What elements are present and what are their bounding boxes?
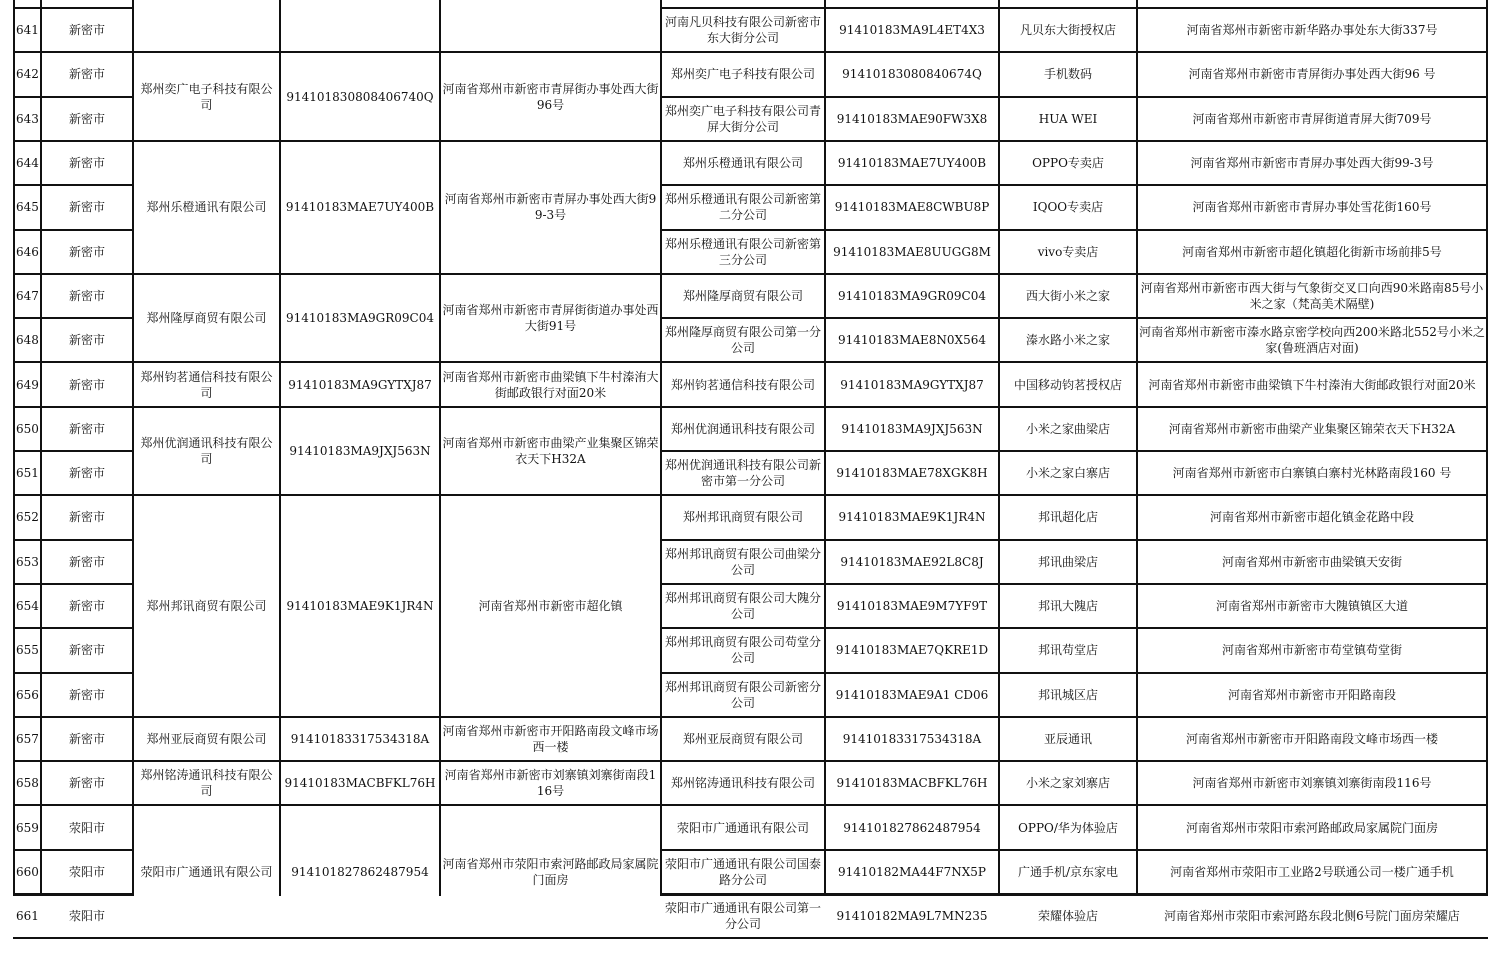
company-credit-code-cell: 91410183MAE9K1JR4N	[280, 495, 440, 717]
company-address-cell: 河南省郑州市新密市开阳路南段文峰市场西一楼	[440, 717, 661, 761]
store-credit-code-cell: 91410183MAE9A1 CD06	[825, 673, 999, 717]
company-credit-code-cell: 914101827862487954	[280, 805, 440, 938]
store-name-cell: 邦讯超化店	[999, 495, 1137, 539]
row-number: 651	[14, 451, 41, 495]
store-name-cell-text: 邦讯大隗店	[1038, 598, 1098, 614]
store-address-cell-text: 河南省郑州市新密市苟堂镇苟堂街	[1222, 642, 1402, 658]
company-credit-code-cell: 91410183MA9JXJ563N	[280, 407, 440, 496]
city-cell-text: 新密市	[69, 775, 105, 791]
store-name-cell: HUA WEI	[999, 97, 1137, 141]
store-name-cell: 邦讯曲梁店	[999, 540, 1137, 584]
row-number-text: 656	[16, 687, 39, 703]
company-credit-code-cell-text: 91410183317534318A	[291, 731, 429, 747]
store-address-cell: 河南省郑州市新密市开阳路南段	[1137, 673, 1487, 717]
row-number: 646	[14, 230, 41, 274]
row-number: 649	[14, 362, 41, 406]
store-credit-code-cell: 91410183MAE90FW3X8	[825, 97, 999, 141]
city-cell: 新密市	[41, 141, 133, 185]
company-name-cell: 郑州隆厚商贸有限公司	[133, 274, 280, 363]
store-credit-code-cell-text: 91410183MA9GR09C04	[838, 288, 986, 304]
company-credit-code-cell-text: 91410183MACBFKL76H	[284, 775, 435, 791]
store-name-cell-text: 广通手机/京东家电	[1018, 864, 1118, 880]
store-credit-code-cell-text: 914101827862487954	[843, 820, 980, 836]
store-entity-cell: 郑州隆厚商贸有限公司	[661, 274, 825, 318]
company-name-cell-text: 郑州奕广电子科技有限公司	[135, 81, 278, 113]
company-credit-code-cell-text: 91410183MAE9K1JR4N	[286, 598, 433, 614]
store-address-cell: 河南省郑州市新密市新华路办事处东大街337号	[1137, 8, 1487, 52]
store-name-cell: 溱水路小米之家	[999, 318, 1137, 362]
city-cell: 荥阳市	[41, 894, 133, 938]
company-address-cell: 河南省郑州市荥阳市索河路邮政局家属院门面房	[440, 805, 661, 938]
row-number-text: 643	[16, 111, 39, 127]
store-address-cell-text: 河南省郑州市新密市白寨镇白寨村光林路南段160 号	[1173, 465, 1452, 481]
store-name-cell: 小米之家曲梁店	[999, 407, 1137, 451]
store-name-cell-text: 中国移动钧茗授权店	[1014, 377, 1122, 393]
company-address-cell: 河南省郑州市新密市曲梁产业集聚区锦荣衣天下H32A	[440, 407, 661, 496]
company-name-cell: 郑州铭涛通讯科技有限公司	[133, 761, 280, 805]
row-number-text: 657	[16, 731, 39, 747]
store-address-cell: 河南省郑州市荥阳市索河路邮政局家属院门面房	[1137, 805, 1487, 849]
store-address-cell-text: 河南省郑州市新密市大隗镇镇区大道	[1216, 598, 1408, 614]
city-cell: 新密市	[41, 52, 133, 96]
city-cell: 新密市	[41, 451, 133, 495]
city-cell: 新密市	[41, 362, 133, 406]
city-cell-text: 新密市	[69, 155, 105, 171]
company-address-cell-text: 河南省郑州市新密市曲梁镇下牛村溱洧大街邮政银行对面20米	[442, 369, 659, 401]
store-credit-code-cell: 91410183MA9JXJ563N	[825, 407, 999, 451]
store-address-cell: 河南省郑州市新密市刘寨镇刘寨街南段116号	[1137, 761, 1487, 805]
company-credit-code-cell: 914101830808406740Q	[280, 52, 440, 141]
store-credit-code-cell: 91410183MACBFKL76H	[825, 761, 999, 805]
store-credit-code-cell-text: 91410183MAE8UUGG8M	[833, 244, 991, 260]
store-entity-cell-text: 荥阳市广通通讯有限公司第一分公司	[663, 900, 823, 932]
row-number-text: 644	[16, 155, 39, 171]
store-name-cell: 广通手机/京东家电	[999, 850, 1137, 894]
company-name-cell-text: 荥阳市广通通讯有限公司	[140, 864, 272, 880]
grid-line	[279, 0, 281, 896]
store-address-cell: 河南省郑州市新密市青屏街道青屏大街709号	[1137, 97, 1487, 141]
store-address-cell: 河南省郑州市新密市超化镇超化街新市场前排5号	[1137, 230, 1487, 274]
store-address-cell: 河南省郑州市新密市青屏街办事处西大街96 号	[1137, 52, 1487, 96]
company-name-cell-text: 郑州铭涛通讯科技有限公司	[135, 767, 278, 799]
store-entity-cell: 郑州奕广电子科技有限公司	[661, 52, 825, 96]
store-entity-cell-text: 郑州邦讯商贸有限公司苟堂分公司	[663, 634, 823, 666]
city-cell-text: 新密市	[69, 199, 105, 215]
store-entity-cell-text: 郑州钧茗通信科技有限公司	[671, 377, 815, 393]
row-number-text: 659	[16, 820, 39, 836]
store-entity-cell: 荥阳市广通通讯有限公司国泰路分公司	[661, 850, 825, 894]
row-number: 643	[14, 97, 41, 141]
store-credit-code-cell: 91410183317534318A	[825, 717, 999, 761]
grid-line	[660, 0, 662, 896]
store-entity-cell: 郑州邦讯商贸有限公司	[661, 495, 825, 539]
store-entity-cell: 郑州钧茗通信科技有限公司	[661, 362, 825, 406]
company-address-cell-text: 河南省郑州市新密市曲梁产业集聚区锦荣衣天下H32A	[442, 435, 659, 467]
city-cell-text: 新密市	[69, 687, 105, 703]
grid-line	[1136, 0, 1138, 896]
store-credit-code-cell: 91410182MA44F7NX5P	[825, 850, 999, 894]
city-cell-text: 荥阳市	[69, 864, 105, 880]
store-address-cell: 河南省郑州市荥阳市索河路东段北侧6号院门面房荣耀店	[1137, 894, 1487, 938]
store-credit-code-cell: 91410183MAE78XGK8H	[825, 451, 999, 495]
store-entity-cell-text: 郑州乐橙通讯有限公司新密第三分公司	[663, 236, 823, 268]
city-cell-text: 新密市	[69, 288, 105, 304]
store-credit-code-cell: 91410183MA9L4ET4X3	[825, 8, 999, 52]
store-name-cell-text: 荣耀体验店	[1038, 908, 1098, 924]
row-number-text: 652	[16, 509, 39, 525]
row-number-text: 651	[16, 465, 39, 481]
company-address-cell: 河南省郑州市新密市超化镇	[440, 495, 661, 717]
company-name-cell: 郑州亚辰商贸有限公司	[133, 717, 280, 761]
store-credit-code-cell: 91410183MA9GYTXJ87	[825, 362, 999, 406]
store-address-cell: 河南省郑州市新密市青屏办事处西大街99-3号	[1137, 141, 1487, 185]
store-credit-code-cell: 91410182MA9L7MN235	[825, 894, 999, 938]
city-cell: 新密市	[41, 230, 133, 274]
store-address-cell-text: 河南省郑州市新密市新华路办事处东大街337号	[1187, 22, 1438, 38]
store-name-cell-text: 小米之家白寨店	[1026, 465, 1110, 481]
store-credit-code-cell: 91410183MAE9K1JR4N	[825, 495, 999, 539]
company-address-cell: 河南省郑州市新密市青屏办事处西大街99-3号	[440, 141, 661, 274]
row-number-text: 661	[16, 908, 39, 924]
store-entity-cell-text: 河南凡贝科技有限公司新密市东大街分公司	[663, 14, 823, 46]
company-name-cell: 荥阳市广通通讯有限公司	[133, 805, 280, 938]
store-address-cell: 河南省郑州市新密市西大街与气象街交叉口向西90米路南85号小米之家（梵高美术隔壁…	[1137, 274, 1487, 318]
store-name-cell-text: 凡贝东大街授权店	[1020, 22, 1116, 38]
city-cell: 新密市	[41, 761, 133, 805]
store-entity-cell-text: 郑州铭涛通讯科技有限公司	[671, 775, 815, 791]
city-cell: 新密市	[41, 97, 133, 141]
store-entity-cell-text: 郑州奕广电子科技有限公司	[671, 66, 815, 82]
grid-line	[132, 51, 662, 53]
row-number-text: 647	[16, 288, 39, 304]
store-credit-code-cell: 91410183MA9GR09C04	[825, 274, 999, 318]
store-entity-cell-text: 郑州隆厚商贸有限公司	[683, 288, 803, 304]
store-address-cell-text: 河南省郑州市新密市西大街与气象街交叉口向西90米路南85号小米之家（梵高美术隔壁…	[1139, 280, 1485, 312]
store-address-cell: 河南省郑州市新密市大隗镇镇区大道	[1137, 584, 1487, 628]
grid-line	[660, 937, 1488, 939]
store-name-cell: 邦讯大隗店	[999, 584, 1137, 628]
grid-line	[132, 273, 662, 275]
grid-line	[1486, 0, 1488, 896]
city-cell: 新密市	[41, 584, 133, 628]
store-address-cell: 河南省郑州市新密市青屏办事处雪花街160号	[1137, 185, 1487, 229]
store-credit-code-cell-text: 91410182MA44F7NX5P	[838, 864, 986, 880]
row-number-text: 653	[16, 554, 39, 570]
store-credit-code-cell-text: 91410183MAE92L8C8J	[840, 554, 983, 570]
row-number: 654	[14, 584, 41, 628]
store-credit-code-cell-text: 91410183080840674Q	[842, 66, 982, 82]
city-cell: 荥阳市	[41, 805, 133, 849]
row-number: 645	[14, 185, 41, 229]
store-entity-cell: 荥阳市广通通讯有限公司第一分公司	[661, 894, 825, 938]
store-name-cell: vivo专卖店	[999, 230, 1137, 274]
store-name-cell-text: 亚辰通讯	[1044, 731, 1092, 747]
store-entity-cell-text: 郑州隆厚商贸有限公司第一分公司	[663, 324, 823, 356]
company-credit-code-cell: 91410183317534318A	[280, 717, 440, 761]
company-address-cell: 河南省郑州市新密市青屏街办事处西大街96号	[440, 52, 661, 141]
company-address-cell-text: 河南省郑州市新密市青屏办事处西大街99-3号	[442, 191, 659, 223]
store-entity-cell: 河南凡贝科技有限公司新密市东大街分公司	[661, 8, 825, 52]
row-number: 650	[14, 407, 41, 451]
city-cell: 新密市	[41, 628, 133, 672]
store-name-cell-text: 邦讯城区店	[1038, 687, 1098, 703]
grid-line	[998, 0, 1000, 896]
store-name-cell-text: IQOO专卖店	[1033, 199, 1103, 215]
store-address-cell-text: 河南省郑州市新密市溱水路京密学校向西200米路北552号小米之家(鲁班酒店对面)	[1139, 324, 1485, 356]
grid-line	[132, 760, 662, 762]
store-entity-cell: 郑州隆厚商贸有限公司第一分公司	[661, 318, 825, 362]
row-number: 653	[14, 540, 41, 584]
store-address-cell-text: 河南省郑州市新密市超化镇超化街新市场前排5号	[1182, 244, 1442, 260]
company-name-cell-text: 郑州钧茗通信科技有限公司	[135, 369, 278, 401]
store-name-cell-text: 邦讯曲梁店	[1038, 554, 1098, 570]
store-address-cell: 河南省郑州市新密市开阳路南段文峰市场西一楼	[1137, 717, 1487, 761]
store-name-cell: 荣耀体验店	[999, 894, 1137, 938]
store-credit-code-cell-text: 91410183MA9L4ET4X3	[839, 22, 985, 38]
store-entity-cell-text: 郑州奕广电子科技有限公司青屏大街分公司	[663, 103, 823, 135]
store-credit-code-cell: 91410183MAE8N0X564	[825, 318, 999, 362]
grid-line	[132, 494, 662, 496]
store-credit-code-cell-text: 91410182MA9L7MN235	[837, 908, 988, 924]
store-name-cell-text: 小米之家曲梁店	[1026, 421, 1110, 437]
store-name-cell-text: 溱水路小米之家	[1026, 332, 1110, 348]
store-entity-cell-text: 郑州邦讯商贸有限公司大隗分公司	[663, 590, 823, 622]
store-entity-cell: 郑州邦讯商贸有限公司苟堂分公司	[661, 628, 825, 672]
city-cell: 新密市	[41, 717, 133, 761]
store-name-cell-text: vivo专卖店	[1038, 244, 1099, 260]
city-cell-text: 新密市	[69, 421, 105, 437]
store-entity-cell: 郑州乐橙通讯有限公司新密第三分公司	[661, 230, 825, 274]
city-cell-text: 新密市	[69, 332, 105, 348]
store-entity-cell-text: 郑州乐橙通讯有限公司新密第二分公司	[663, 191, 823, 223]
store-name-cell-text: HUA WEI	[1039, 111, 1098, 127]
store-address-cell-text: 河南省郑州市荥阳市工业路2号联通公司一楼广通手机	[1170, 864, 1454, 880]
store-address-cell: 河南省郑州市新密市曲梁产业集聚区锦荣衣天下H32A	[1137, 407, 1487, 451]
store-entity-cell-text: 郑州邦讯商贸有限公司	[683, 509, 803, 525]
city-cell-text: 新密市	[69, 509, 105, 525]
company-name-cell-text: 郑州优润通讯科技有限公司	[135, 435, 278, 467]
store-address-cell-text: 河南省郑州市新密市超化镇金花路中段	[1210, 509, 1414, 525]
city-cell-text: 新密市	[69, 244, 105, 260]
store-credit-code-cell: 91410183MAE7QKRE1D	[825, 628, 999, 672]
store-address-cell: 河南省郑州市新密市曲梁镇天安街	[1137, 540, 1487, 584]
store-address-cell-text: 河南省郑州市新密市刘寨镇刘寨街南段116号	[1193, 775, 1432, 791]
grid-line	[132, 140, 662, 142]
company-name-cell-text: 郑州亚辰商贸有限公司	[146, 731, 266, 747]
store-name-cell-text: 邦讯超化店	[1038, 509, 1098, 525]
store-name-cell-text: OPPO专卖店	[1032, 155, 1104, 171]
store-name-cell: 手机数码	[999, 52, 1137, 96]
store-credit-code-cell-text: 91410183MAE9K1JR4N	[838, 509, 985, 525]
store-credit-code-cell-text: 91410183MAE9A1 CD06	[836, 687, 989, 703]
store-credit-code-cell-text: 91410183MAE7QKRE1D	[836, 642, 988, 658]
store-credit-code-cell-text: 91410183MAE9M7YF9T	[837, 598, 987, 614]
company-address-cell: 河南省郑州市新密市刘寨镇刘寨街南段116号	[440, 761, 661, 805]
store-name-cell: 小米之家刘寨店	[999, 761, 1137, 805]
city-cell-text: 荥阳市	[69, 820, 105, 836]
company-address-cell-text: 河南省郑州市新密市开阳路南段文峰市场西一楼	[442, 723, 659, 755]
store-credit-code-cell: 91410183080840674Q	[825, 52, 999, 96]
row-number: 641	[14, 8, 41, 52]
store-credit-code-cell-text: 91410183MAE78XGK8H	[836, 465, 987, 481]
grid-line	[132, 716, 662, 718]
row-number: 648	[14, 318, 41, 362]
store-address-cell-text: 河南省郑州市新密市青屏办事处雪花街160号	[1193, 199, 1432, 215]
store-entity-cell-text: 郑州优润通讯科技有限公司新密市第一分公司	[663, 457, 823, 489]
spreadsheet-table: 641新密市河南凡贝科技有限公司新密市东大街分公司91410183MA9L4ET…	[0, 0, 1506, 960]
store-address-cell: 河南省郑州市新密市白寨镇白寨村光林路南段160 号	[1137, 451, 1487, 495]
row-number-text: 641	[16, 22, 39, 38]
store-entity-cell-text: 荥阳市广通通讯有限公司	[677, 820, 809, 836]
row-number-text: 655	[16, 642, 39, 658]
city-cell: 荥阳市	[41, 850, 133, 894]
store-address-cell-text: 河南省郑州市新密市青屏街办事处西大街96 号	[1188, 66, 1435, 82]
store-entity-cell: 郑州优润通讯科技有限公司	[661, 407, 825, 451]
store-entity-cell: 郑州优润通讯科技有限公司新密市第一分公司	[661, 451, 825, 495]
city-cell: 新密市	[41, 673, 133, 717]
grid-line	[13, 0, 15, 896]
city-cell-text: 新密市	[69, 598, 105, 614]
store-name-cell: OPPO专卖店	[999, 141, 1137, 185]
company-credit-code-cell: 91410183MACBFKL76H	[280, 761, 440, 805]
store-address-cell: 河南省郑州市新密市超化镇金花路中段	[1137, 495, 1487, 539]
company-name-cell-text: 郑州邦讯商贸有限公司	[146, 598, 266, 614]
company-credit-code-cell-text: 91410183MA9JXJ563N	[289, 443, 430, 459]
city-cell-text: 新密市	[69, 642, 105, 658]
company-credit-code-cell-text: 91410183MA9GR09C04	[286, 310, 434, 326]
row-number-text: 658	[16, 775, 39, 791]
row-number: 647	[14, 274, 41, 318]
store-address-cell: 河南省郑州市新密市苟堂镇苟堂街	[1137, 628, 1487, 672]
company-address-cell: 河南省郑州市新密市曲梁镇下牛村溱洧大街邮政银行对面20米	[440, 362, 661, 406]
store-address-cell: 河南省郑州市荥阳市工业路2号联通公司一楼广通手机	[1137, 850, 1487, 894]
store-entity-cell: 郑州邦讯商贸有限公司新密分公司	[661, 673, 825, 717]
city-cell: 新密市	[41, 318, 133, 362]
store-entity-cell: 郑州亚辰商贸有限公司	[661, 717, 825, 761]
store-name-cell: OPPO/华为体验店	[999, 805, 1137, 849]
city-cell: 新密市	[41, 540, 133, 584]
company-name-cell-text: 郑州乐橙通讯有限公司	[146, 199, 266, 215]
city-cell-text: 新密市	[69, 465, 105, 481]
store-entity-cell: 郑州邦讯商贸有限公司曲梁分公司	[661, 540, 825, 584]
store-credit-code-cell-text: 91410183MACBFKL76H	[836, 775, 987, 791]
company-credit-code-cell-text: 914101827862487954	[291, 864, 428, 880]
company-name-cell: 郑州优润通讯科技有限公司	[133, 407, 280, 496]
store-entity-cell-text: 荥阳市广通通讯有限公司国泰路分公司	[663, 856, 823, 888]
company-credit-code-cell: 91410183MAE7UY400B	[280, 141, 440, 274]
city-cell: 新密市	[41, 8, 133, 52]
store-name-cell-text: 小米之家刘寨店	[1026, 775, 1110, 791]
store-name-cell-text: 西大街小米之家	[1026, 288, 1110, 304]
company-address-cell-text: 河南省郑州市新密市刘寨镇刘寨街南段116号	[442, 767, 659, 799]
store-credit-code-cell-text: 91410183MAE8N0X564	[838, 332, 986, 348]
row-number-text: 648	[16, 332, 39, 348]
company-address-cell-text: 河南省郑州市荥阳市索河路邮政局家属院门面房	[442, 856, 659, 888]
city-cell: 新密市	[41, 495, 133, 539]
store-credit-code-cell-text: 91410183MAE7UY400B	[838, 155, 986, 171]
store-address-cell: 河南省郑州市新密市溱水路京密学校向西200米路北552号小米之家(鲁班酒店对面)	[1137, 318, 1487, 362]
store-credit-code-cell-text: 91410183MA9JXJ563N	[841, 421, 982, 437]
store-credit-code-cell: 91410183MAE92L8C8J	[825, 540, 999, 584]
store-address-cell-text: 河南省郑州市新密市曲梁镇下牛村溱洧大街邮政银行对面20米	[1148, 377, 1475, 393]
store-credit-code-cell-text: 91410183MAE90FW3X8	[837, 111, 988, 127]
company-name-cell: 郑州奕广电子科技有限公司	[133, 52, 280, 141]
store-address-cell-text: 河南省郑州市新密市青屏街道青屏大街709号	[1193, 111, 1432, 127]
company-name-cell: 郑州乐橙通讯有限公司	[133, 141, 280, 274]
grid-line	[660, 894, 1488, 896]
company-address-cell-text: 河南省郑州市新密市超化镇	[478, 598, 622, 614]
company-credit-code-cell: 91410183MA9GYTXJ87	[280, 362, 440, 406]
store-entity-cell-text: 郑州亚辰商贸有限公司	[683, 731, 803, 747]
store-credit-code-cell-text: 91410183317534318A	[843, 731, 981, 747]
company-credit-code-cell-text: 91410183MA9GYTXJ87	[288, 377, 432, 393]
grid-line	[132, 361, 662, 363]
company-address-cell-text: 河南省郑州市新密市青屏街办事处西大街96号	[442, 81, 659, 113]
city-cell-text: 新密市	[69, 377, 105, 393]
grid-line	[132, 0, 134, 896]
row-number: 656	[14, 673, 41, 717]
grid-line	[439, 0, 441, 896]
store-address-cell-text: 河南省郑州市新密市曲梁产业集聚区锦荣衣天下H32A	[1169, 421, 1455, 437]
grid-line	[132, 804, 662, 806]
store-entity-cell: 郑州奕广电子科技有限公司青屏大街分公司	[661, 97, 825, 141]
grid-line	[824, 0, 826, 896]
company-name-cell: 郑州钧茗通信科技有限公司	[133, 362, 280, 406]
row-number-text: 650	[16, 421, 39, 437]
row-number: 659	[14, 805, 41, 849]
company-address-cell-text: 河南省郑州市新密市青屏街街道办事处西大街91号	[442, 302, 659, 334]
row-number-text: 642	[16, 66, 39, 82]
store-entity-cell: 郑州邦讯商贸有限公司大隗分公司	[661, 584, 825, 628]
grid-line	[13, 937, 134, 939]
company-name-cell: 郑州邦讯商贸有限公司	[133, 495, 280, 717]
company-credit-code-cell-text: 91410183MAE7UY400B	[286, 199, 434, 215]
store-credit-code-cell: 91410183MAE8UUGG8M	[825, 230, 999, 274]
store-name-cell: 小米之家白寨店	[999, 451, 1137, 495]
row-number: 657	[14, 717, 41, 761]
company-credit-code-cell: 91410183MA9GR09C04	[280, 274, 440, 363]
company-name-cell-text: 郑州隆厚商贸有限公司	[146, 310, 266, 326]
row-number-text: 645	[16, 199, 39, 215]
store-name-cell: 西大街小米之家	[999, 274, 1137, 318]
store-credit-code-cell: 91410183MAE8CWBU8P	[825, 185, 999, 229]
store-name-cell: 邦讯苟堂店	[999, 628, 1137, 672]
city-cell-text: 新密市	[69, 22, 105, 38]
grid-line	[13, 894, 134, 896]
store-address-cell-text: 河南省郑州市新密市曲梁镇天安街	[1222, 554, 1402, 570]
store-entity-cell: 郑州乐橙通讯有限公司新密第二分公司	[661, 185, 825, 229]
row-number: 655	[14, 628, 41, 672]
city-cell-text: 新密市	[69, 731, 105, 747]
company-address-cell: 河南省郑州市新密市青屏街街道办事处西大街91号	[440, 274, 661, 363]
row-number: 660	[14, 850, 41, 894]
store-name-cell: IQOO专卖店	[999, 185, 1137, 229]
store-entity-cell-text: 郑州优润通讯科技有限公司	[671, 421, 815, 437]
store-credit-code-cell-text: 91410183MAE8CWBU8P	[835, 199, 990, 215]
store-name-cell-text: OPPO/华为体验店	[1018, 820, 1118, 836]
city-cell-text: 荥阳市	[69, 908, 105, 924]
store-name-cell: 中国移动钧茗授权店	[999, 362, 1137, 406]
city-cell-text: 新密市	[69, 66, 105, 82]
store-entity-cell-text: 郑州邦讯商贸有限公司新密分公司	[663, 679, 823, 711]
row-number: 661	[14, 894, 41, 938]
store-address-cell-text: 河南省郑州市荥阳市索河路邮政局家属院门面房	[1186, 820, 1438, 836]
row-number-text: 660	[16, 864, 39, 880]
store-entity-cell-text: 郑州邦讯商贸有限公司曲梁分公司	[663, 546, 823, 578]
store-address-cell-text: 河南省郑州市新密市开阳路南段	[1228, 687, 1396, 703]
city-cell: 新密市	[41, 274, 133, 318]
store-address-cell: 河南省郑州市新密市曲梁镇下牛村溱洧大街邮政银行对面20米	[1137, 362, 1487, 406]
